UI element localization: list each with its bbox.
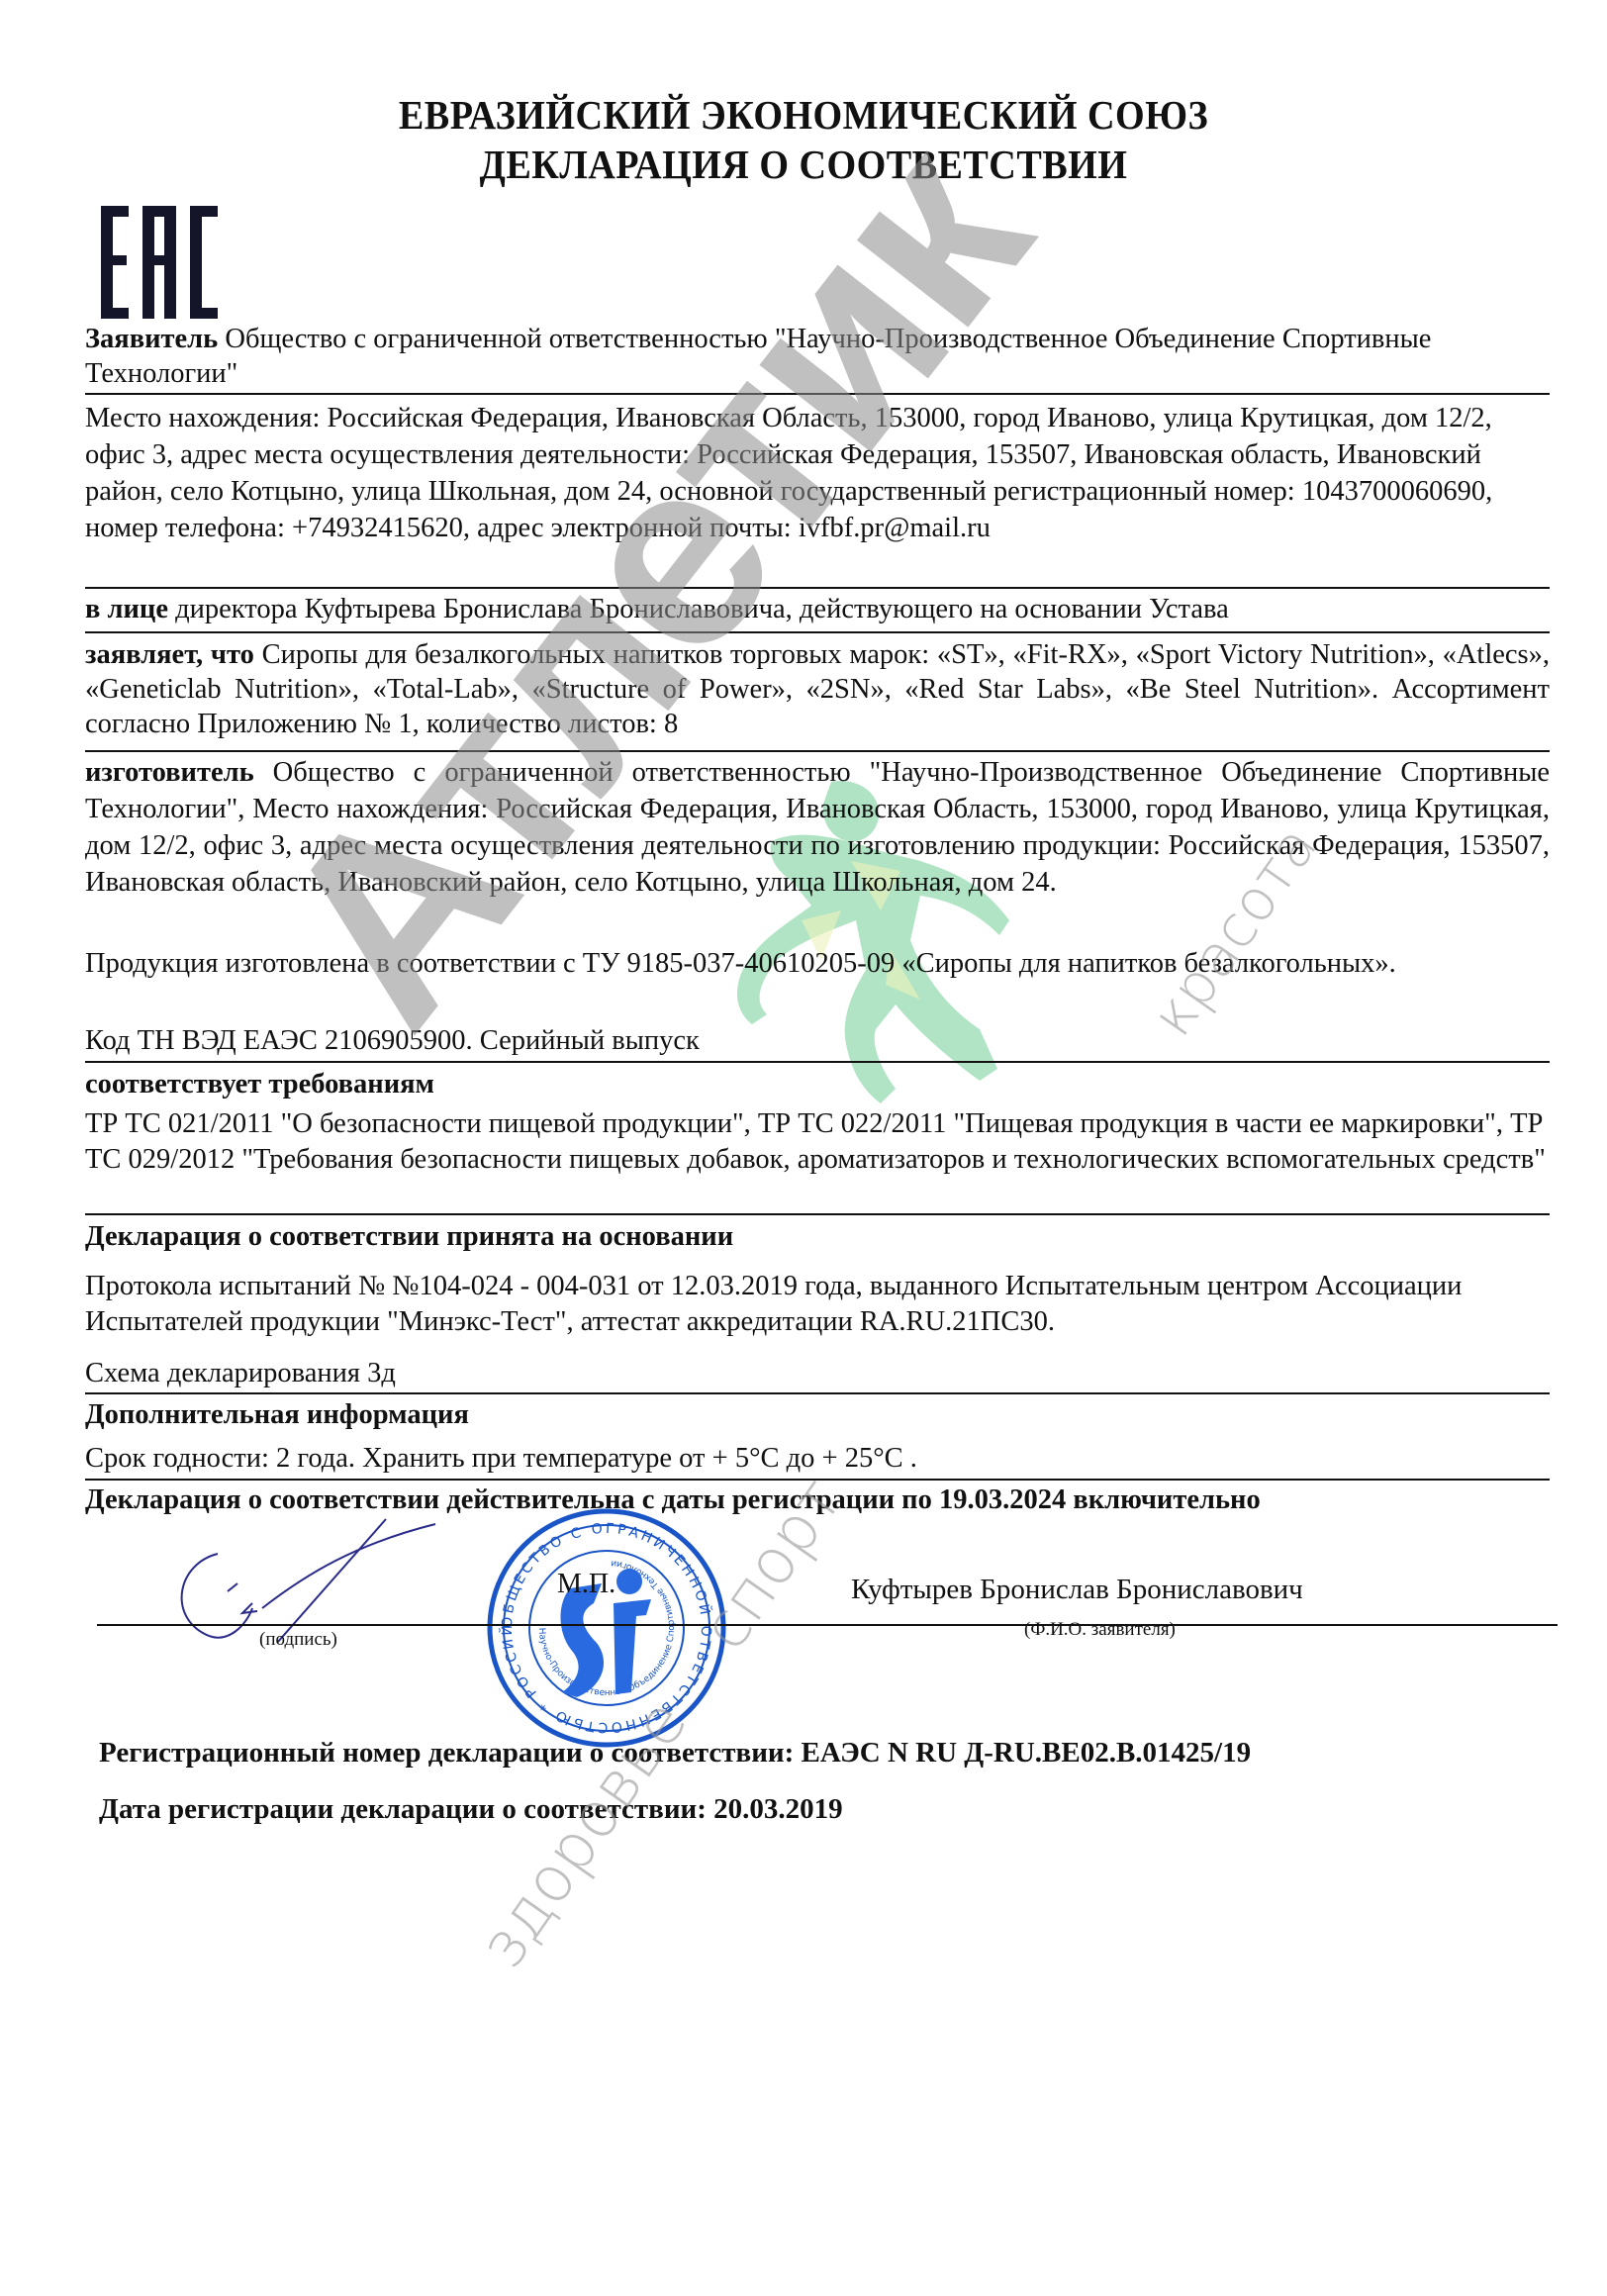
additional-heading: Дополнительная информация	[85, 1399, 469, 1430]
name-caption: (Ф.И.О. заявителя)	[1024, 1619, 1176, 1641]
basis-label: Декларация о соответствии принята на осн…	[85, 1219, 1550, 1254]
additional-label: Дополнительная информация	[85, 1397, 1550, 1432]
divider	[85, 1392, 1550, 1394]
divider	[85, 1213, 1550, 1215]
represented-by-label: в лице	[85, 594, 168, 624]
eac-mark-icon	[99, 204, 220, 321]
signature-caption: (подпись)	[259, 1629, 337, 1651]
complies-text: ТР ТС 021/2011 "О безопасности пищевой п…	[85, 1106, 1550, 1178]
declaration-page: ЕВРАЗИЙСКИЙ ЭКОНОМИЧЕСКИЙ СОЮЗ ДЕКЛАРАЦИ…	[0, 0, 1607, 2296]
hs-code: Код ТН ВЭД ЕАЭС 2106905900. Серийный вып…	[85, 1023, 1550, 1058]
signer-name: Куфтырев Бронислав Брониславович	[851, 1574, 1303, 1606]
stamp-place-mark: М.П.	[557, 1569, 615, 1600]
declares-section: заявляет, что Сиропы для безалкогольных …	[85, 637, 1550, 741]
divider	[85, 1061, 1550, 1063]
signature-line	[97, 1624, 1558, 1626]
declares-text: Сиропы для безалкогольных напитков торго…	[85, 639, 1550, 739]
declaration-scheme: Схема декларирования 3д	[85, 1356, 1550, 1390]
manufacturer-label: изготовитель	[85, 757, 254, 788]
divider	[85, 631, 1550, 633]
header-union-title: ЕВРАЗИЙСКИЙ ЭКОНОМИЧЕСКИЙ СОЮЗ	[56, 91, 1551, 139]
additional-text: Срок годности: 2 года. Хранить при темпе…	[85, 1441, 1550, 1476]
complies-heading: соответствует требованиям	[85, 1069, 434, 1100]
registration-date: Дата регистрации декларации о соответств…	[99, 1793, 843, 1826]
complies-label: соответствует требованиям	[85, 1067, 1550, 1101]
declares-label: заявляет, что	[85, 639, 254, 670]
applicant-label: Заявитель	[85, 324, 218, 354]
divider	[85, 750, 1550, 752]
basis-text: Протокола испытаний № №104-024 - 004-031…	[85, 1269, 1550, 1340]
basis-heading: Декларация о соответствии принята на осн…	[85, 1221, 733, 1252]
